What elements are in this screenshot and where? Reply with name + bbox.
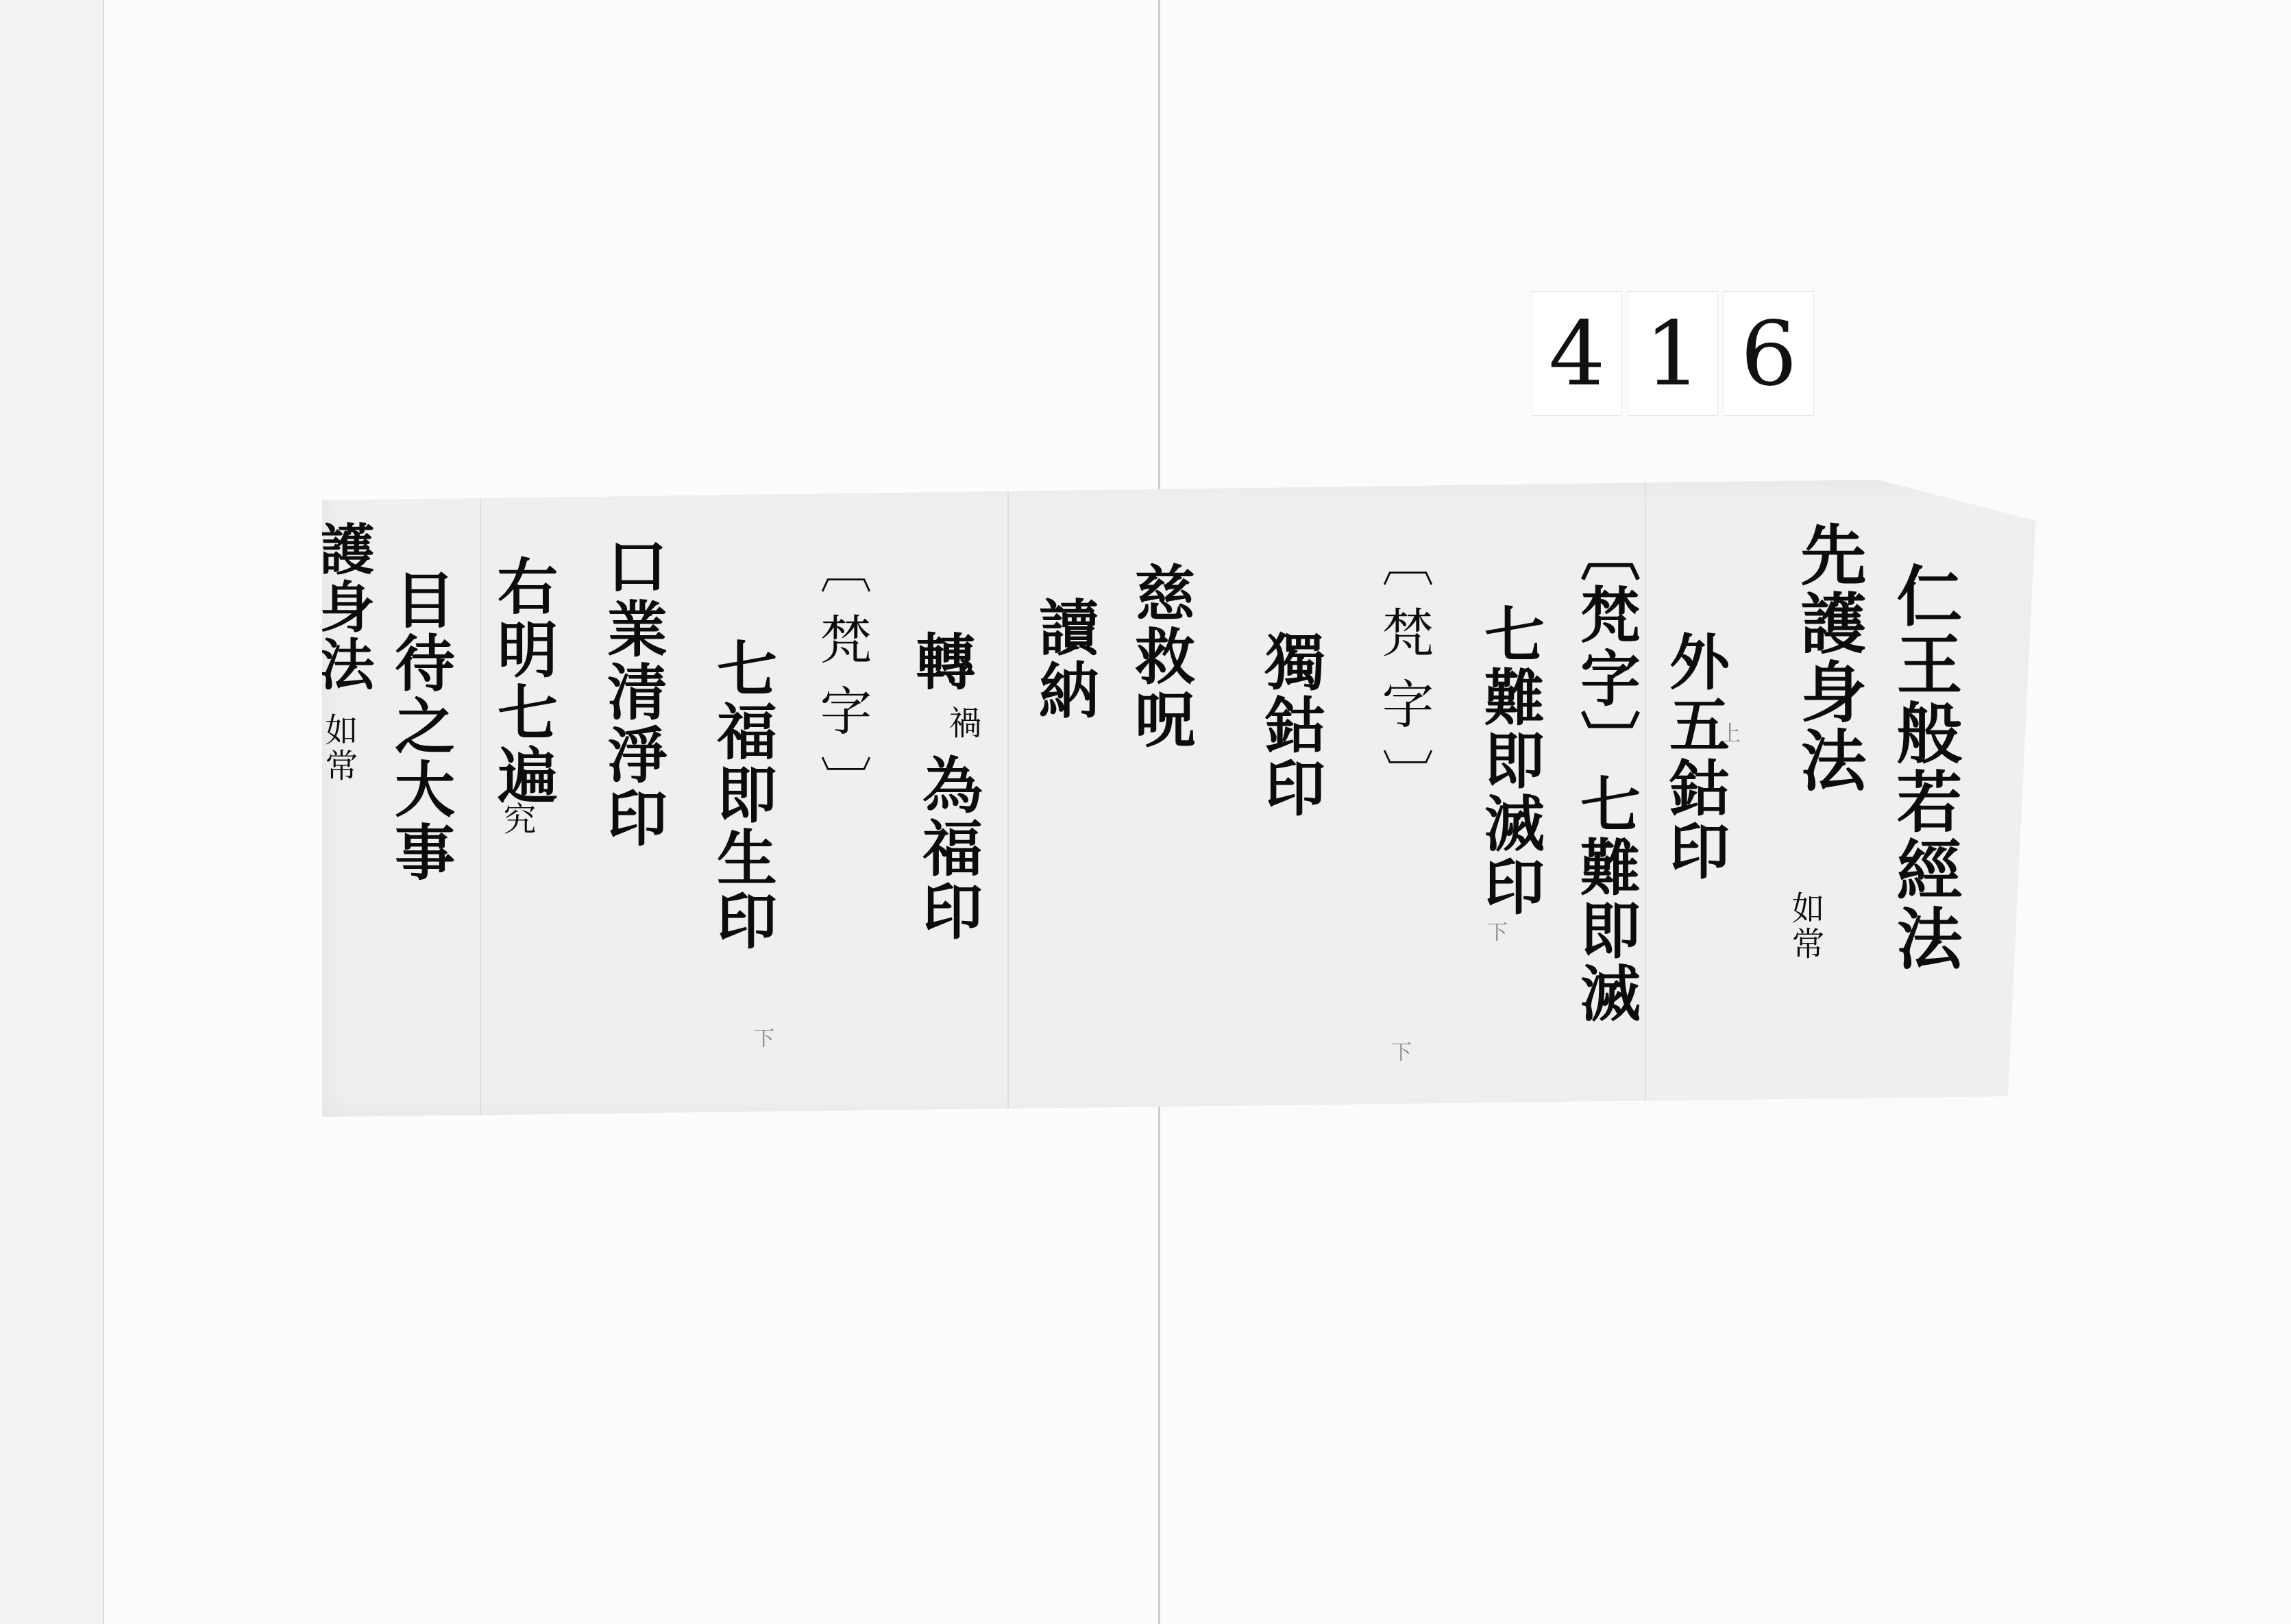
scan-edge bbox=[0, 0, 103, 1624]
text-column: 七福即生印 bbox=[713, 637, 773, 952]
annotation: 如常 bbox=[1789, 891, 1822, 962]
annotation: 如常 bbox=[322, 713, 355, 784]
siddham-column: 〔梵字〕 bbox=[816, 541, 868, 826]
text-column: 外五鈷印 bbox=[1665, 630, 1726, 883]
text-column: 口業清淨印 bbox=[603, 534, 663, 850]
paper-fold bbox=[1645, 480, 1646, 1117]
annotation: 禍 bbox=[946, 706, 979, 741]
text-column: 目待之大事 bbox=[391, 569, 451, 884]
pencil-mark: 下 bbox=[1391, 1035, 1412, 1065]
text-column: 〔梵字〕七難即滅 bbox=[1576, 521, 1637, 1025]
siddham-column: 〔梵字〕 bbox=[1377, 534, 1430, 820]
catalog-digit: 4 bbox=[1532, 291, 1622, 416]
paper-fold bbox=[1007, 480, 1009, 1117]
text-column: 護身法 bbox=[315, 521, 370, 693]
text-column: 右明七遍 bbox=[493, 555, 554, 807]
text-column: 轉 bbox=[911, 630, 972, 693]
catalog-number: 4 1 6 bbox=[1532, 291, 1814, 416]
paper-fold bbox=[480, 480, 481, 1117]
text-column: 慈救呪 bbox=[1131, 562, 1191, 751]
catalog-digit: 6 bbox=[1724, 291, 1814, 416]
catalog-digit: 1 bbox=[1628, 291, 1718, 416]
text-column: 獨鈷印 bbox=[1261, 630, 1321, 820]
title-column: 仁王般若經法 bbox=[1891, 562, 1957, 973]
text-column: 讀納 bbox=[1035, 596, 1095, 722]
manuscript-sheet: 仁王般若經法 先護身法 如常 外五鈷印 〔梵字〕七難即滅 七難即滅印 〔梵字〕 … bbox=[322, 480, 2042, 1117]
pencil-mark: 上 bbox=[1720, 716, 1741, 746]
pencil-mark: 下 bbox=[1487, 915, 1508, 945]
text-column: 七難即滅印 bbox=[1480, 603, 1541, 918]
pencil-mark: 下 bbox=[754, 1021, 774, 1051]
text-column: 先護身法 bbox=[1796, 521, 1861, 795]
text-column: 為福印 bbox=[918, 754, 979, 943]
annotation: 究 bbox=[500, 802, 533, 837]
